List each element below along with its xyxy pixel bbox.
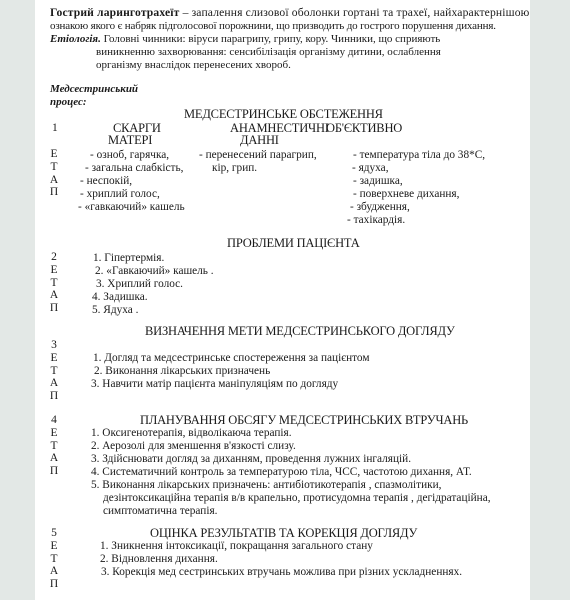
etap-letter: Т — [47, 277, 61, 290]
stage1-title: МЕДСЕСТРИНСЬКЕ ОБСТЕЖЕННЯ — [184, 108, 383, 121]
etap-letter: П — [47, 465, 61, 478]
etiology-line1: Етіологія. Головні чинники: віруси параг… — [50, 33, 440, 46]
intro-definition-line1: Гострий ларинготрахеїт – запалення слизо… — [50, 6, 530, 19]
process-label-line1: Медсестринський — [50, 83, 138, 96]
problem-item: 5. Ядуха . — [92, 304, 138, 317]
anamnesis-header-line2: ДАННІ — [240, 134, 279, 147]
objective-item: - тахікардія. — [347, 214, 405, 227]
document-page: Гострий ларинготрахеїт – запалення слизо… — [35, 0, 530, 600]
problem-item: 2. «Гавкаючий» кашель . — [95, 265, 214, 278]
plan-item: 5. Виконання лікарських призначень: анти… — [91, 479, 442, 492]
goal-item: 3. Навчити матір пацієнта маніпуляціям п… — [91, 378, 338, 391]
complaints-header-line2: МАТЕРІ — [108, 134, 152, 147]
etiology-label: Етіологія. — [50, 33, 101, 45]
plan-item: 3. Здійснювати догляд за диханням, прове… — [91, 453, 411, 466]
definition-text: – запалення слизової оболонки гортані та… — [180, 6, 530, 19]
plan-item-continuation: дезінтоксикаційна терапія в/в крапельно,… — [103, 492, 491, 505]
anamnesis-item: - перенесений парагрип, — [199, 149, 317, 162]
evaluation-item: 3. Корекція мед сестринських втручань мо… — [101, 566, 462, 579]
objective-item: - ядуха, — [352, 162, 389, 175]
etiology-text: Головні чинники: віруси парагрипу, грипу… — [101, 33, 440, 45]
etap-letter: А — [47, 174, 61, 187]
etap-letter: П — [47, 186, 61, 199]
stage3-title: ВИЗНАЧЕННЯ МЕТИ МЕДСЕСТРИНСЬКОГО ДОГЛЯДУ — [145, 325, 455, 338]
objective-item: - температура тіла до 38*С, — [353, 149, 485, 162]
etap-letter: А — [47, 377, 61, 390]
problem-item: 4. Задишка. — [92, 291, 148, 304]
plan-item: 4. Систематичний контроль за температуро… — [91, 466, 472, 479]
stage3-number: 3 — [47, 339, 61, 352]
process-label-line2: процес: — [50, 96, 87, 109]
goal-item: 1. Догляд та медсестринське спостереженн… — [93, 352, 370, 365]
anamnesis-item: кір, грип. — [212, 162, 257, 175]
stage1-number: 1 — [52, 122, 58, 134]
plan-item-continuation: симптоматична терапія. — [103, 505, 218, 518]
etap-letter: Е — [47, 148, 61, 161]
evaluation-item: 2. Відновлення дихання. — [100, 553, 218, 566]
etap-letter: А — [47, 565, 61, 578]
stage4-title: ПЛАНУВАННЯ ОБСЯГУ МЕДСЕСТРИНСЬКИХ ВТРУЧА… — [140, 414, 468, 427]
etap-letter: Е — [47, 264, 61, 277]
etap-letter: Т — [47, 440, 61, 453]
problem-item: 3. Хриплий голос. — [96, 278, 183, 291]
stage1-etap-letters: Е Т А П — [47, 148, 61, 199]
etap-letter: П — [47, 302, 61, 315]
stage3-etap-letters: 3 Е Т А П — [47, 339, 61, 403]
complaint-item: - «гавкаючий» кашель — [78, 201, 185, 214]
stage2-etap-letters: 2 Е Т А П — [47, 251, 61, 315]
stage2-title: ПРОБЛЕМИ ПАЦІЄНТА — [227, 237, 360, 250]
etap-letter: Е — [47, 540, 61, 553]
stage4-etap-letters: 4 Е Т А П — [47, 414, 61, 478]
complaint-item: - неспокій, — [80, 175, 132, 188]
intro-definition-line2: ознакою якого є набряк підголосової поро… — [50, 20, 496, 33]
etap-letter: Т — [47, 553, 61, 566]
stage2-number: 2 — [47, 251, 61, 264]
stage5-number: 5 — [47, 527, 61, 540]
complaint-item: - загальна слабкість, — [85, 162, 183, 175]
etap-letter: Е — [47, 427, 61, 440]
etap-letter: П — [47, 390, 61, 403]
complaint-item: - озноб, гарячка, — [90, 149, 169, 162]
etap-letter: А — [47, 452, 61, 465]
plan-item: 2. Аерозолі для зменшення в'язкості слиз… — [91, 440, 296, 453]
complaint-item: - хриплий голос, — [80, 188, 160, 201]
etap-letter: Т — [47, 161, 61, 174]
objective-item: - поверхневе дихання, — [353, 188, 459, 201]
objective-item: - збудження, — [350, 201, 410, 214]
stage5-title: ОЦІНКА РЕЗУЛЬТАТІВ ТА КОРЕКЦІЯ ДОГЛЯДУ — [150, 527, 417, 540]
etap-letter: А — [47, 289, 61, 302]
plan-item: 1. Оксигенотерапія, відволікаюча терапія… — [91, 427, 292, 440]
etiology-line2: виникненню захворювання: сенсибілізація … — [96, 46, 441, 59]
etap-letter: П — [47, 578, 61, 591]
etiology-line3: організму внаслідок перенесених хвороб. — [96, 59, 291, 72]
evaluation-item: 1. Зникнення інтоксикації, покращання за… — [100, 540, 373, 553]
etap-letter: Т — [47, 365, 61, 378]
objective-item: - задишка, — [353, 175, 403, 188]
objective-header: ОБ'ЄКТИВНО — [326, 122, 402, 135]
etap-letter: Е — [47, 352, 61, 365]
stage4-number: 4 — [47, 414, 61, 427]
problem-item: 1. Гіпертермія. — [93, 252, 164, 265]
disease-term: Гострий ларинготрахеїт — [50, 6, 180, 19]
stage5-etap-letters: 5 Е Т А П — [47, 527, 61, 591]
goal-item: 2. Виконання лікарських призначень — [94, 365, 270, 378]
